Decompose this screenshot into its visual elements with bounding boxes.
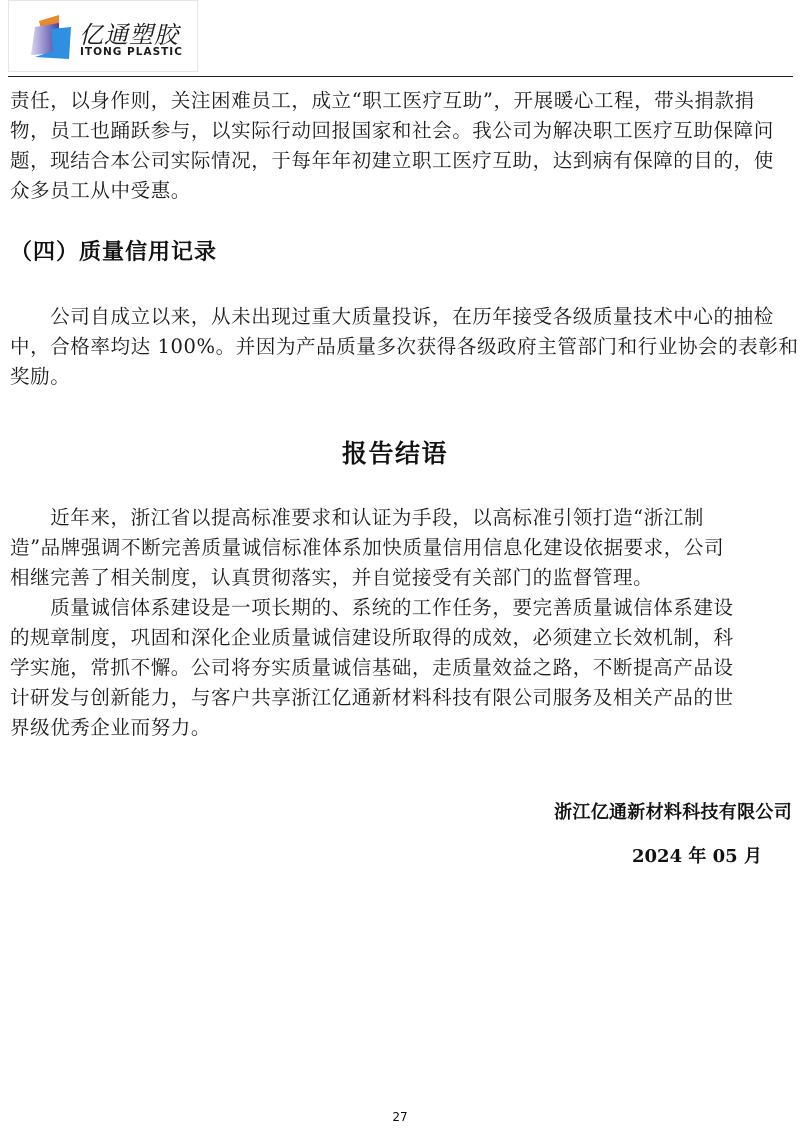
text-line: 计研发与创新能力，与客户共享浙江亿通新材料科技有限公司服务及相关产品的世 bbox=[10, 683, 794, 713]
text-line: 题，现结合本公司实际情况，于每年年初建立职工医疗互助，达到病有保障的目的，使 bbox=[10, 146, 794, 176]
conclusion-paragraph-2: 质量诚信体系建设是一项长期的、系统的工作任务，要完善质量诚信体系建设 的规章制度… bbox=[10, 593, 794, 743]
text-line: 学实施，常抓不懈。公司将夯实质量诚信基础，走质量效益之路，不断提高产品设 bbox=[10, 653, 794, 683]
text-line: 公司自成立以来，从未出现过重大质量投诉，在历年接受各级质量技术中心的抽检 bbox=[10, 302, 794, 332]
signature-company: 浙江亿通新材料科技有限公司 bbox=[554, 798, 792, 824]
text-line: 造”品牌强调不断完善质量诚信标准体系加快质量信用信息化建设依据要求，公司 bbox=[10, 533, 794, 563]
logo-chinese-name: 亿通塑胶 bbox=[79, 15, 179, 50]
itong-logo-mark-icon bbox=[29, 15, 73, 61]
text-line: 界级优秀企业而努力。 bbox=[10, 713, 794, 743]
signature-date: 2024 年 05 月 bbox=[632, 842, 762, 868]
header-divider bbox=[8, 76, 793, 77]
text-line: 责任，以身作则，关注困难员工，成立“职工医疗互助”，开展暖心工程，带头捐款捐 bbox=[10, 86, 794, 116]
logo-english-name: ITONG PLASTIC bbox=[80, 46, 183, 58]
quality-credit-paragraph: 公司自成立以来，从未出现过重大质量投诉，在历年接受各级质量技术中心的抽检 中，合… bbox=[10, 302, 794, 392]
continued-paragraph: 责任，以身作则，关注困难员工，成立“职工医疗互助”，开展暖心工程，带头捐款捐 物… bbox=[10, 86, 794, 206]
text-line: 物，员工也踊跃参与，以实际行动回报国家和社会。我公司为解决职工医疗互助保障问 bbox=[10, 116, 794, 146]
section-heading-quality-credit: （四）质量信用记录 bbox=[10, 235, 217, 266]
text-line: 的规章制度，巩固和深化企业质量诚信建设所取得的成效，必须建立长效机制，科 bbox=[10, 623, 794, 653]
text-line: 相继完善了相关制度，认真贯彻落实，并自觉接受有关部门的监督管理。 bbox=[10, 563, 794, 593]
company-logo: 亿通塑胶 ITONG PLASTIC bbox=[8, 0, 198, 72]
text-line: 中，合格率均达 100%。并因为产品质量多次获得各级政府主管部门和行业协会的表彰… bbox=[10, 332, 794, 362]
conclusion-paragraph-1: 近年来，浙江省以提高标准要求和认证为手段，以高标准引领打造“浙江制 造”品牌强调… bbox=[10, 503, 794, 593]
text-line: 近年来，浙江省以提高标准要求和认证为手段，以高标准引领打造“浙江制 bbox=[10, 503, 794, 533]
text-line: 质量诚信体系建设是一项长期的、系统的工作任务，要完善质量诚信体系建设 bbox=[10, 593, 794, 623]
text-line: 奖励。 bbox=[10, 362, 794, 392]
page-number: 27 bbox=[0, 1110, 800, 1124]
conclusion-title: 报告结语 bbox=[0, 434, 790, 470]
text-line: 众多员工从中受惠。 bbox=[10, 176, 794, 206]
